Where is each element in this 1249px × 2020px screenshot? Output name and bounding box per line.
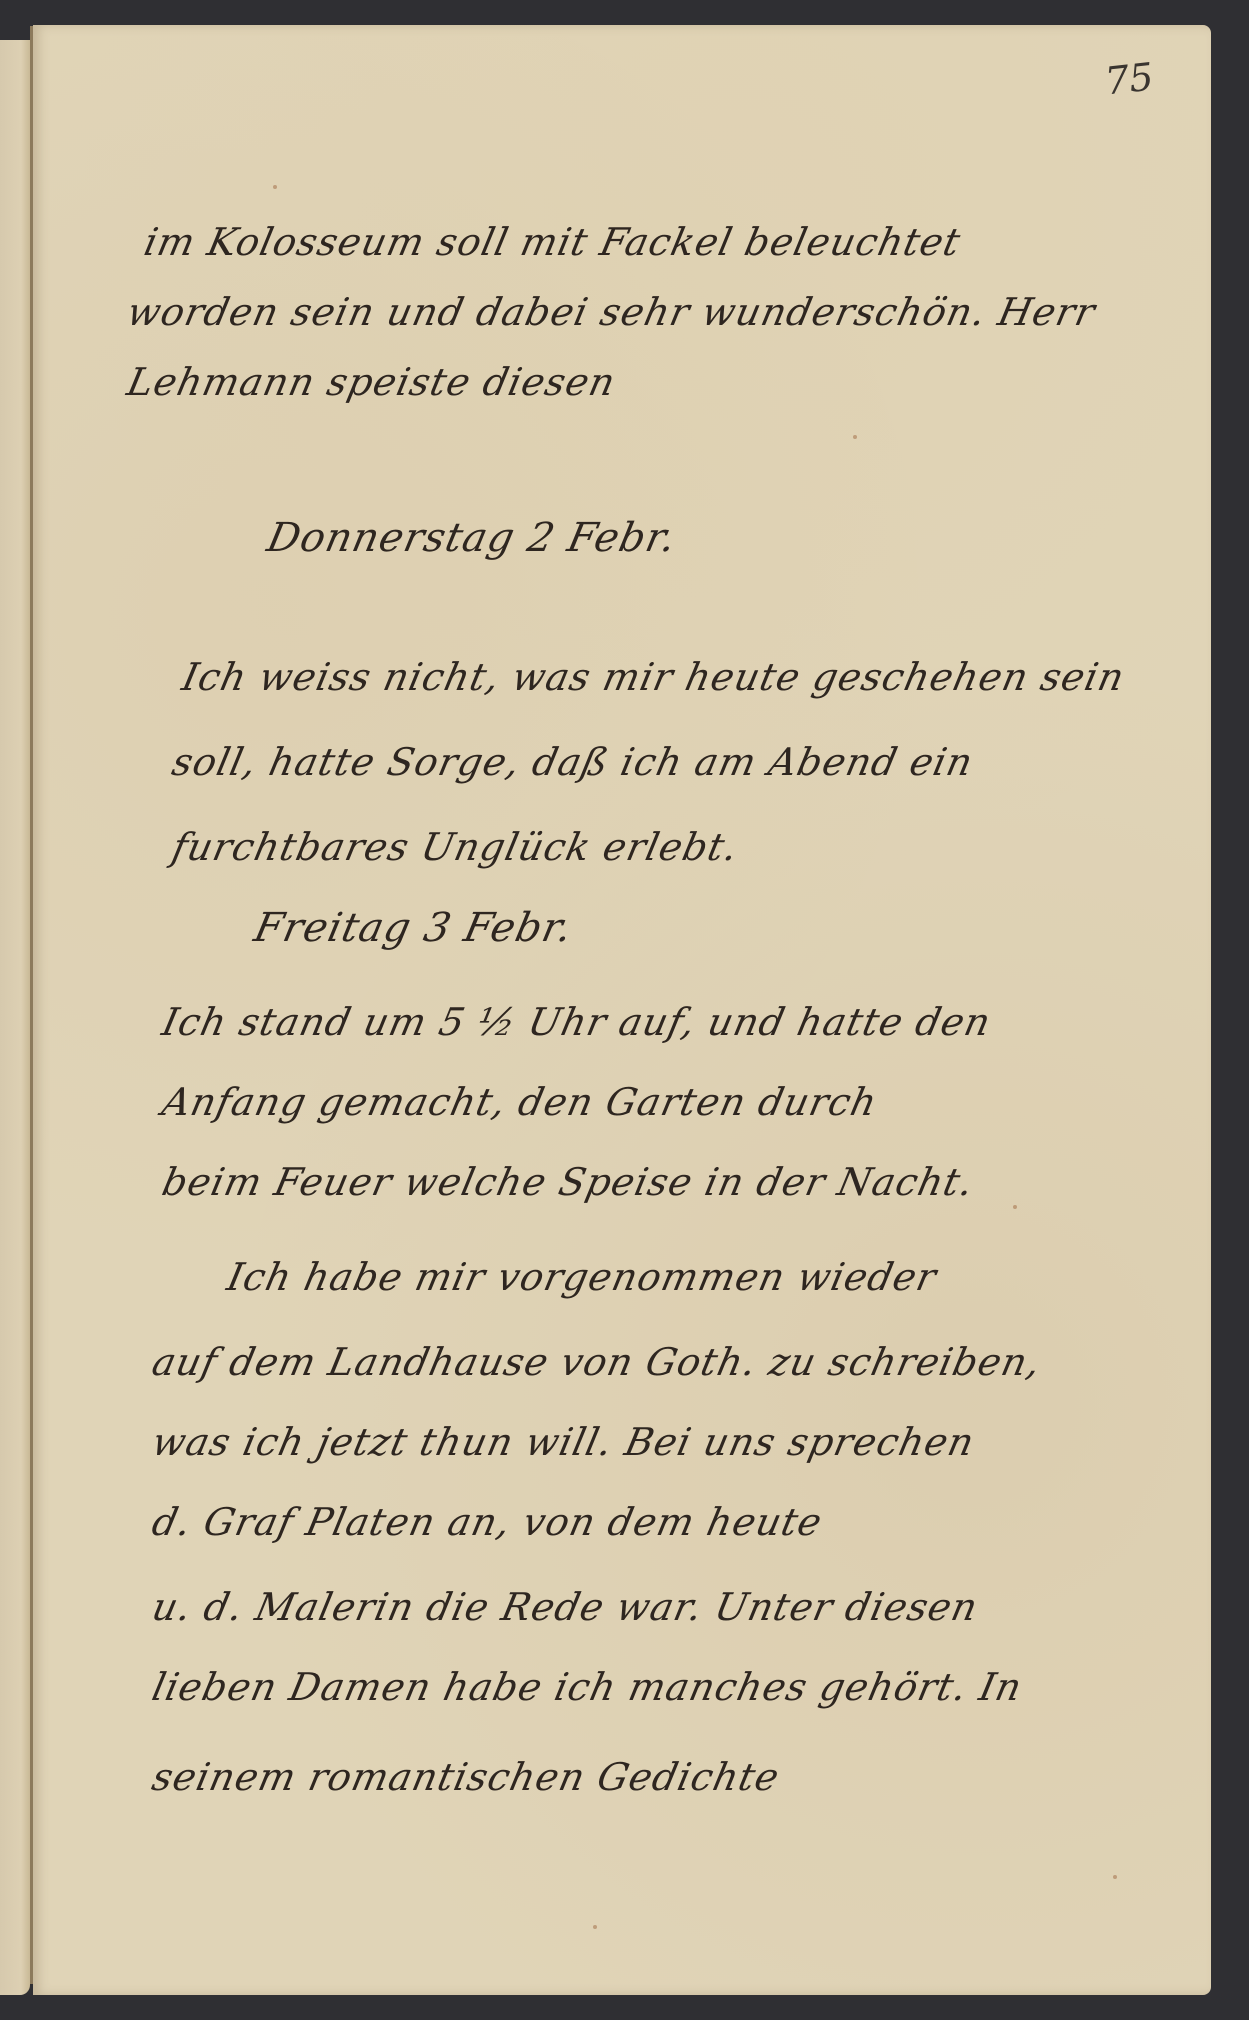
text-line: Ich weiss nicht, was mir heute geschehen…	[178, 655, 1128, 699]
text-line: Lehmann speiste diesen	[123, 360, 620, 404]
text-line: u. d. Malerin die Rede war. Unter diesen	[148, 1585, 982, 1629]
text-line: seinem romantischen Gedichte	[148, 1755, 783, 1799]
date-heading: Freitag 3 Febr.	[250, 905, 577, 951]
paper-speck	[853, 435, 857, 439]
text-line: beim Feuer welche Speise in der Nacht.	[158, 1160, 978, 1204]
text-line: d. Graf Platen an, von dem heute	[148, 1500, 826, 1544]
paper-speck	[273, 185, 277, 189]
manuscript-page: 75 im Kolosseum soll mit Fackel beleucht…	[33, 25, 1211, 1995]
text-line: im Kolosseum soll mit Fackel beleuchtet	[140, 220, 964, 264]
text-line: Anfang gemacht, den Garten durch	[158, 1080, 881, 1124]
page-number: 75	[1102, 55, 1155, 104]
text-line: lieben Damen habe ich manches gehört. In	[148, 1665, 1026, 1709]
text-line: auf dem Landhause von Goth. zu schreiben…	[148, 1340, 1045, 1384]
text-line: Ich habe mir vorgenommen wieder	[223, 1255, 941, 1299]
text-line: was ich jetzt thun will. Bei uns spreche…	[148, 1420, 978, 1464]
date-heading: Donnerstag 2 Febr.	[263, 515, 680, 561]
text-line: soll, hatte Sorge, daß ich am Abend ein	[168, 740, 977, 784]
facing-page-edge	[0, 40, 30, 1995]
paper-speck	[593, 1925, 597, 1929]
text-line: worden sein und dabei sehr wunderschön. …	[123, 290, 1099, 334]
paper-speck	[1113, 1875, 1117, 1879]
text-line: furchtbares Unglück erlebt.	[168, 825, 742, 869]
paper-speck	[1013, 1205, 1017, 1209]
text-line: Ich stand um 5 ½ Uhr auf, und hatte den	[158, 1000, 995, 1044]
